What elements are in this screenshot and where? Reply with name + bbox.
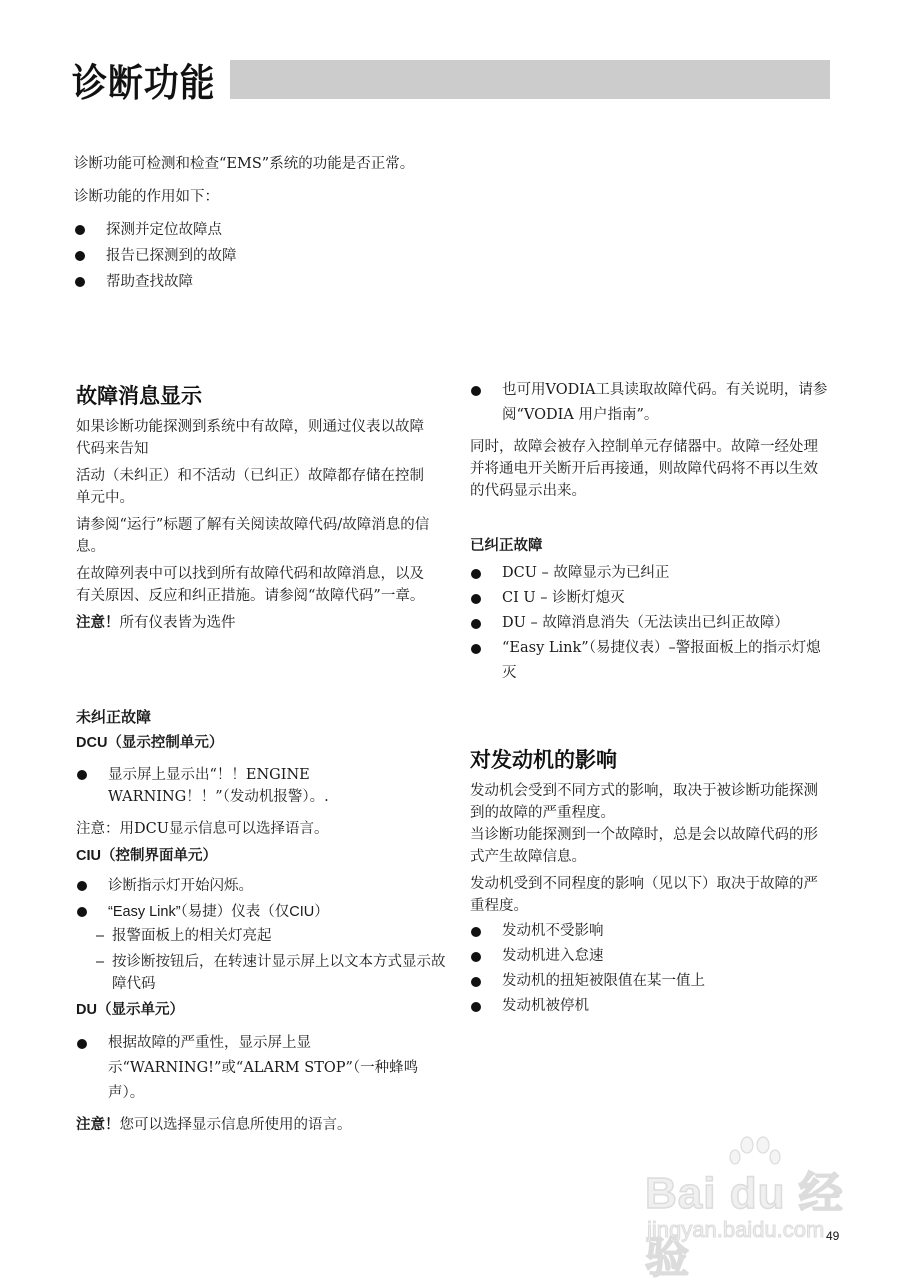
bullet-icon — [77, 770, 87, 780]
engine-effect-section: 对发动机的影响 发动机会受到不同方式的影响，取决于被诊断功能探测到的故障的严重程… — [470, 746, 832, 1019]
paragraph: 当诊断功能探测到一个故障时，总是会以故障代码的形式产生故障信息。 — [470, 824, 832, 868]
page-title: 诊断功能 — [72, 58, 216, 108]
list-item: 报告已探测到的故障 — [74, 245, 474, 267]
ciu-heading: CIU（控制界面单元） — [76, 845, 446, 867]
ciu-dash-list: –报警面板上的相关灯亮起 –按诊断按钮后，在转速计显示屏上以文本方式显示故障代码 — [76, 925, 446, 995]
page-number: 49 — [826, 1229, 839, 1243]
baidu-watermark: Bai du 经验 jingyan.baidu.com — [645, 1135, 875, 1245]
list-item: DU – 故障消息消失（无法读出已纠正故障） — [470, 611, 830, 636]
paragraph: 发动机会受到不同方式的影响，取决于被诊断功能探测到的故障的严重程度。 — [470, 780, 832, 824]
vodia-section: 也可用VODIA工具读取故障代码。有关说明，请参阅“VODIA 用户指南”。 同… — [470, 378, 830, 507]
paragraph: 发动机受到不同程度的影响（见以下）取决于故障的严重程度。 — [470, 873, 832, 917]
list-item: “Easy Link”（易捷）仪表（仅CIU） — [76, 901, 446, 923]
storage-paragraph: 同时，故障会被存入控制单元存储器中。故障一经处理并将通电开关断开后再接通，则故障… — [470, 436, 830, 502]
paragraph: 活动（未纠正）和不活动（已纠正）故障都存储在控制单元中。 — [76, 465, 438, 509]
list-item: 也可用VODIA工具读取故障代码。有关说明，请参阅“VODIA 用户指南”。 — [470, 378, 830, 428]
note: 注意！所有仪表皆为选件 — [76, 612, 438, 634]
bullet-icon — [75, 225, 85, 235]
dcu-bullet-list: 显示屏上显示出“！！ENGINE WARNING！！”（发动机报警）。. — [76, 764, 446, 808]
bullet-icon — [471, 594, 481, 604]
bullet-icon — [471, 952, 481, 962]
section-heading: 故障消息显示 — [76, 382, 438, 410]
bullet-icon — [471, 619, 481, 629]
dash-marker: – — [96, 951, 104, 973]
list-item: “Easy Link”（易捷仪表）–警报面板上的指示灯熄灭 — [470, 636, 830, 686]
list-item: 发动机进入怠速 — [470, 944, 832, 969]
bullet-icon — [77, 1039, 87, 1049]
bullet-icon — [471, 644, 481, 654]
subsection-heading: 已纠正故障 — [470, 535, 830, 557]
du-note: 注意！您可以选择显示信息所使用的语言。 — [76, 1114, 446, 1136]
list-item: 发动机被停机 — [470, 994, 832, 1019]
vodia-bullet-list: 也可用VODIA工具读取故障代码。有关说明，请参阅“VODIA 用户指南”。 — [470, 378, 830, 428]
bullet-icon — [471, 927, 481, 937]
subsection-heading: 未纠正故障 — [76, 706, 446, 728]
intro-section: 诊断功能可检测和检查“EMS”系统的功能是否正常。 诊断功能的作用如下： 探测并… — [74, 153, 474, 293]
intro-bullet-list: 探测并定位故障点 报告已探测到的故障 帮助查找故障 — [74, 219, 474, 293]
list-item: 根据故障的严重性，显示屏上显示“WARNING!”或“ALARM STOP”（一… — [76, 1031, 446, 1106]
list-item: 探测并定位故障点 — [74, 219, 474, 241]
bullet-icon — [75, 277, 85, 287]
intro-line-1: 诊断功能可检测和检查“EMS”系统的功能是否正常。 — [74, 153, 474, 175]
title-bar-decoration — [230, 60, 830, 99]
bullet-icon — [75, 251, 85, 261]
list-item: –按诊断按钮后，在转速计显示屏上以文本方式显示故障代码 — [96, 951, 446, 995]
note-text: 您可以选择显示信息所使用的语言。 — [120, 1117, 352, 1133]
list-item: 发动机的扭矩被限值在某一值上 — [470, 969, 832, 994]
intro-line-2: 诊断功能的作用如下： — [74, 186, 474, 208]
paragraph: 如果诊断功能探测到系统中有故障，则通过仪表以故障代码来告知 — [76, 416, 438, 460]
uncorrected-faults-section: 未纠正故障 DCU（显示控制单元） 显示屏上显示出“！！ENGINE WARNI… — [76, 706, 446, 1141]
watermark-url: jingyan.baidu.com — [647, 1217, 824, 1243]
list-item: 帮助查找故障 — [74, 271, 474, 293]
du-heading: DU（显示单元） — [76, 999, 446, 1021]
list-item: 发动机不受影响 — [470, 919, 832, 944]
dash-marker: – — [96, 925, 104, 947]
bullet-icon — [471, 977, 481, 987]
list-item: 诊断指示灯开始闪烁。 — [76, 875, 446, 897]
note-label: 注意！ — [76, 615, 120, 631]
note-text: 所有仪表皆为选件 — [120, 615, 236, 631]
fault-display-section: 故障消息显示 如果诊断功能探测到系统中有故障，则通过仪表以故障代码来告知 活动（… — [76, 382, 438, 639]
dcu-heading: DCU（显示控制单元） — [76, 732, 446, 754]
bullet-icon — [471, 569, 481, 579]
list-item: –报警面板上的相关灯亮起 — [96, 925, 446, 947]
bullet-icon — [471, 1002, 481, 1012]
engine-effect-bullet-list: 发动机不受影响 发动机进入怠速 发动机的扭矩被限值在某一值上 发动机被停机 — [470, 919, 832, 1019]
dcu-note: 注意：用DCU显示信息可以选择语言。 — [76, 818, 446, 840]
paragraph: 在故障列表中可以找到所有故障代码和故障消息，以及有关原因、反应和纠正措施。请参阅… — [76, 563, 438, 607]
bullet-icon — [77, 907, 87, 917]
note-label: 注意！ — [76, 1117, 120, 1133]
section-heading: 对发动机的影响 — [470, 746, 832, 774]
ciu-bullet-list: 诊断指示灯开始闪烁。 “Easy Link”（易捷）仪表（仅CIU） — [76, 875, 446, 923]
list-item: DCU – 故障显示为已纠正 — [470, 561, 830, 586]
bullet-icon — [77, 881, 87, 891]
paragraph: 请参阅“运行”标题了解有关阅读故障代码/故障消息的信息。 — [76, 514, 438, 558]
bullet-icon — [471, 386, 481, 396]
list-item: CI U – 诊断灯熄灭 — [470, 586, 830, 611]
list-item: 显示屏上显示出“！！ENGINE WARNING！！”（发动机报警）。. — [76, 764, 446, 808]
corrected-faults-section: 已纠正故障 DCU – 故障显示为已纠正 CI U – 诊断灯熄灭 DU – 故… — [470, 535, 830, 686]
du-bullet-list: 根据故障的严重性，显示屏上显示“WARNING!”或“ALARM STOP”（一… — [76, 1031, 446, 1106]
corrected-bullet-list: DCU – 故障显示为已纠正 CI U – 诊断灯熄灭 DU – 故障消息消失（… — [470, 561, 830, 686]
